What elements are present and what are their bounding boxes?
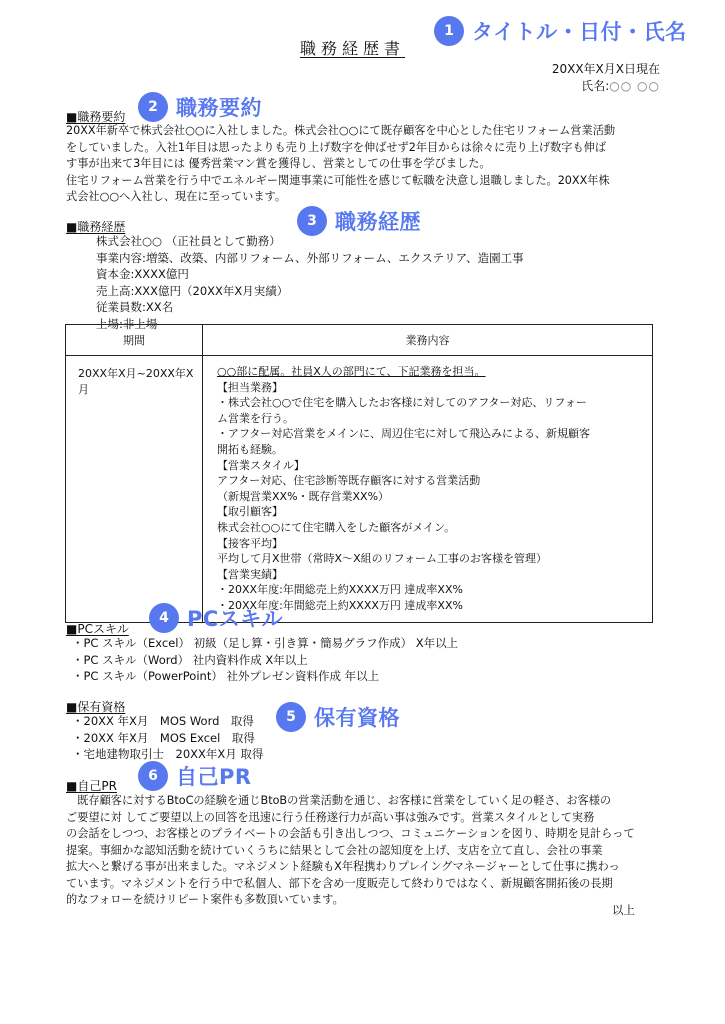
duties-line: （新規営業XX%・既存営業XX%） — [217, 489, 642, 505]
badge-label: タイトル・日付・氏名 — [472, 16, 687, 46]
duties-line: 株式会社○○にて住宅購入をした顧客がメイン。 — [217, 520, 642, 536]
self-pr-line: の会話をしつつ、お客様とのプライベートの会話も引き出しつつ、コミュニケーションを… — [66, 826, 656, 843]
duties-line: 【取引顧客】 — [217, 504, 642, 520]
badge-label: 職務要約 — [176, 92, 262, 122]
self-pr-text: 既存顧客に対するBtoCの経験を通じBtoBの営業活動を通じ、お客様に営業をして… — [66, 793, 656, 909]
list-item: ・PC スキル（Word） 社内資料作成 X年以上 — [72, 652, 458, 669]
summary-line: 住宅リフォーム営業を行う中でエネルギー関連事業に可能性を感じて転職を決意し退職し… — [66, 173, 656, 190]
duties-line: ・アフター対応営業をメインに、周辺住宅に対して飛込みによる、新規顧客 — [217, 426, 642, 442]
badge-number: 1 — [434, 16, 464, 46]
annotation-badge-6: 6 自己PR — [138, 761, 252, 791]
badge-number: 4 — [149, 603, 179, 633]
company-business: 事業内容:増築、改築、内部リフォーム、外部リフォーム、エクステリア、造園工事 — [96, 250, 524, 267]
summary-line: をしていました。入社1年目は思ったよりも売り上げ数字を伸ばせず2年目からは徐々に… — [66, 140, 656, 157]
duties-line: アフター対応、住宅診断等既存顧客に対する営業活動 — [217, 473, 642, 489]
duties-line: ム営業を行う。 — [217, 411, 642, 427]
company-sales: 売上高:XXX億円（20XX年X月実績） — [96, 283, 524, 300]
badge-number: 2 — [138, 92, 168, 122]
pc-skills-list: ・PC スキル（Excel） 初級（足し算・引き算・簡易グラフ作成） X年以上 … — [72, 635, 458, 685]
self-pr-line: 拡大へと繋げる事が出来ました。マネジメント経験もX年程携わりプレイングマネージャ… — [66, 859, 656, 876]
badge-label: 保有資格 — [314, 702, 400, 732]
company-capital: 資本金:XXXX億円 — [96, 266, 524, 283]
document-date: 20XX年X月X日現在 — [515, 60, 660, 77]
duties-line: 【接客平均】 — [217, 536, 642, 552]
name-value: ○○ ○○ — [609, 79, 660, 93]
column-header-duties: 業務内容 — [203, 325, 653, 356]
duties-lead: ○○部に配属。社員X人の部門にて、下記業務を担当。 — [217, 364, 642, 380]
self-pr-line: ています。マネジメントを行う中で私個人、部下を含め一度販売して終わりではなく、新… — [66, 876, 656, 893]
self-pr-line: 提案。事細かな認知活動を続けていくうちに結果として会社の認知度を上げ、支店を立て… — [66, 843, 656, 860]
duties-line: ・20XX年度:年間総売上約XXXX万円 達成率XX% — [217, 582, 642, 598]
applicant-name: 氏名:○○ ○○ — [515, 77, 660, 94]
table-row: 20XX年X月~20XX年X月 ○○部に配属。社員X人の部門にて、下記業務を担当… — [66, 356, 653, 623]
document-title: 職務経歴書 — [300, 36, 405, 59]
list-item: ・20XX 年X月 MOS Word 取得 — [72, 713, 263, 730]
company-name: 株式会社○○ （正社員として勤務） — [96, 233, 524, 250]
annotation-badge-1: 1 タイトル・日付・氏名 — [434, 16, 687, 46]
self-pr-line: ご要望に対 してご要望以上の回答を迅速に行う任務遂行力が高い事は強みです。営業ス… — [66, 810, 656, 827]
closing-mark: 以上 — [612, 902, 635, 918]
duties-cell: ○○部に配属。社員X人の部門にて、下記業務を担当。 【担当業務】 ・株式会社○○… — [203, 356, 653, 623]
list-item: ・PC スキル（Excel） 初級（足し算・引き算・簡易グラフ作成） X年以上 — [72, 635, 458, 652]
column-header-period: 期間 — [66, 325, 203, 356]
self-pr-line: 既存顧客に対するBtoCの経験を通じBtoBの営業活動を通じ、お客様に営業をして… — [66, 793, 656, 810]
badge-number: 6 — [138, 761, 168, 791]
duties-line: 【営業実績】 — [217, 567, 642, 583]
duties-line: 【担当業務】 — [217, 380, 642, 396]
section-heading-self-pr: ■自己PR — [66, 777, 117, 794]
summary-text: 20XX年新卒で株式会社○○に入社しました。株式会社○○にて既存顧客を中心とした… — [66, 123, 656, 206]
duties-line: ・株式会社○○で住宅を購入したお客様に対してのアフター対応、リフォー — [217, 395, 642, 411]
annotation-badge-4: 4 PCスキル — [149, 603, 283, 633]
duties-line: 開拓も経験。 — [217, 442, 642, 458]
summary-line: 式会社○○へ入社し、現在に至っています。 — [66, 189, 656, 206]
badge-number: 3 — [297, 206, 327, 236]
work-history-table: 期間 業務内容 20XX年X月~20XX年X月 ○○部に配属。社員X人の部門にて… — [65, 324, 653, 623]
self-pr-line: 的なフォローを続けリピート案件も多数頂いています。 — [66, 892, 656, 909]
company-info: 株式会社○○ （正社員として勤務） 事業内容:増築、改築、内部リフォーム、外部リ… — [96, 233, 524, 332]
duties-line: 【営業スタイル】 — [217, 458, 642, 474]
list-item: ・PC スキル（PowerPoint） 社外プレゼン資料作成 年以上 — [72, 668, 458, 685]
annotation-badge-2: 2 職務要約 — [138, 92, 262, 122]
badge-label: 自己PR — [176, 761, 252, 791]
duties-line: 平均して月X世帯（常時X～X組のリフォーム工事のお客様を管理） — [217, 551, 642, 567]
summary-line: 20XX年新卒で株式会社○○に入社しました。株式会社○○にて既存顧客を中心とした… — [66, 123, 656, 140]
qualifications-list: ・20XX 年X月 MOS Word 取得 ・20XX 年X月 MOS Exce… — [72, 713, 263, 763]
name-label: 氏名: — [581, 79, 609, 93]
annotation-badge-3: 3 職務経歴 — [297, 206, 421, 236]
list-item: ・20XX 年X月 MOS Excel 取得 — [72, 730, 263, 747]
company-employees: 従業員数:XX名 — [96, 299, 524, 316]
badge-number: 5 — [276, 702, 306, 732]
annotation-badge-5: 5 保有資格 — [276, 702, 400, 732]
table-header-row: 期間 業務内容 — [66, 325, 653, 356]
summary-line: す事が出来て3年目には 優秀営業マン賞を獲得し、営業としての仕事を学びました。 — [66, 156, 656, 173]
badge-label: PCスキル — [187, 603, 283, 633]
period-cell: 20XX年X月~20XX年X月 — [66, 356, 203, 623]
badge-label: 職務経歴 — [335, 206, 421, 236]
